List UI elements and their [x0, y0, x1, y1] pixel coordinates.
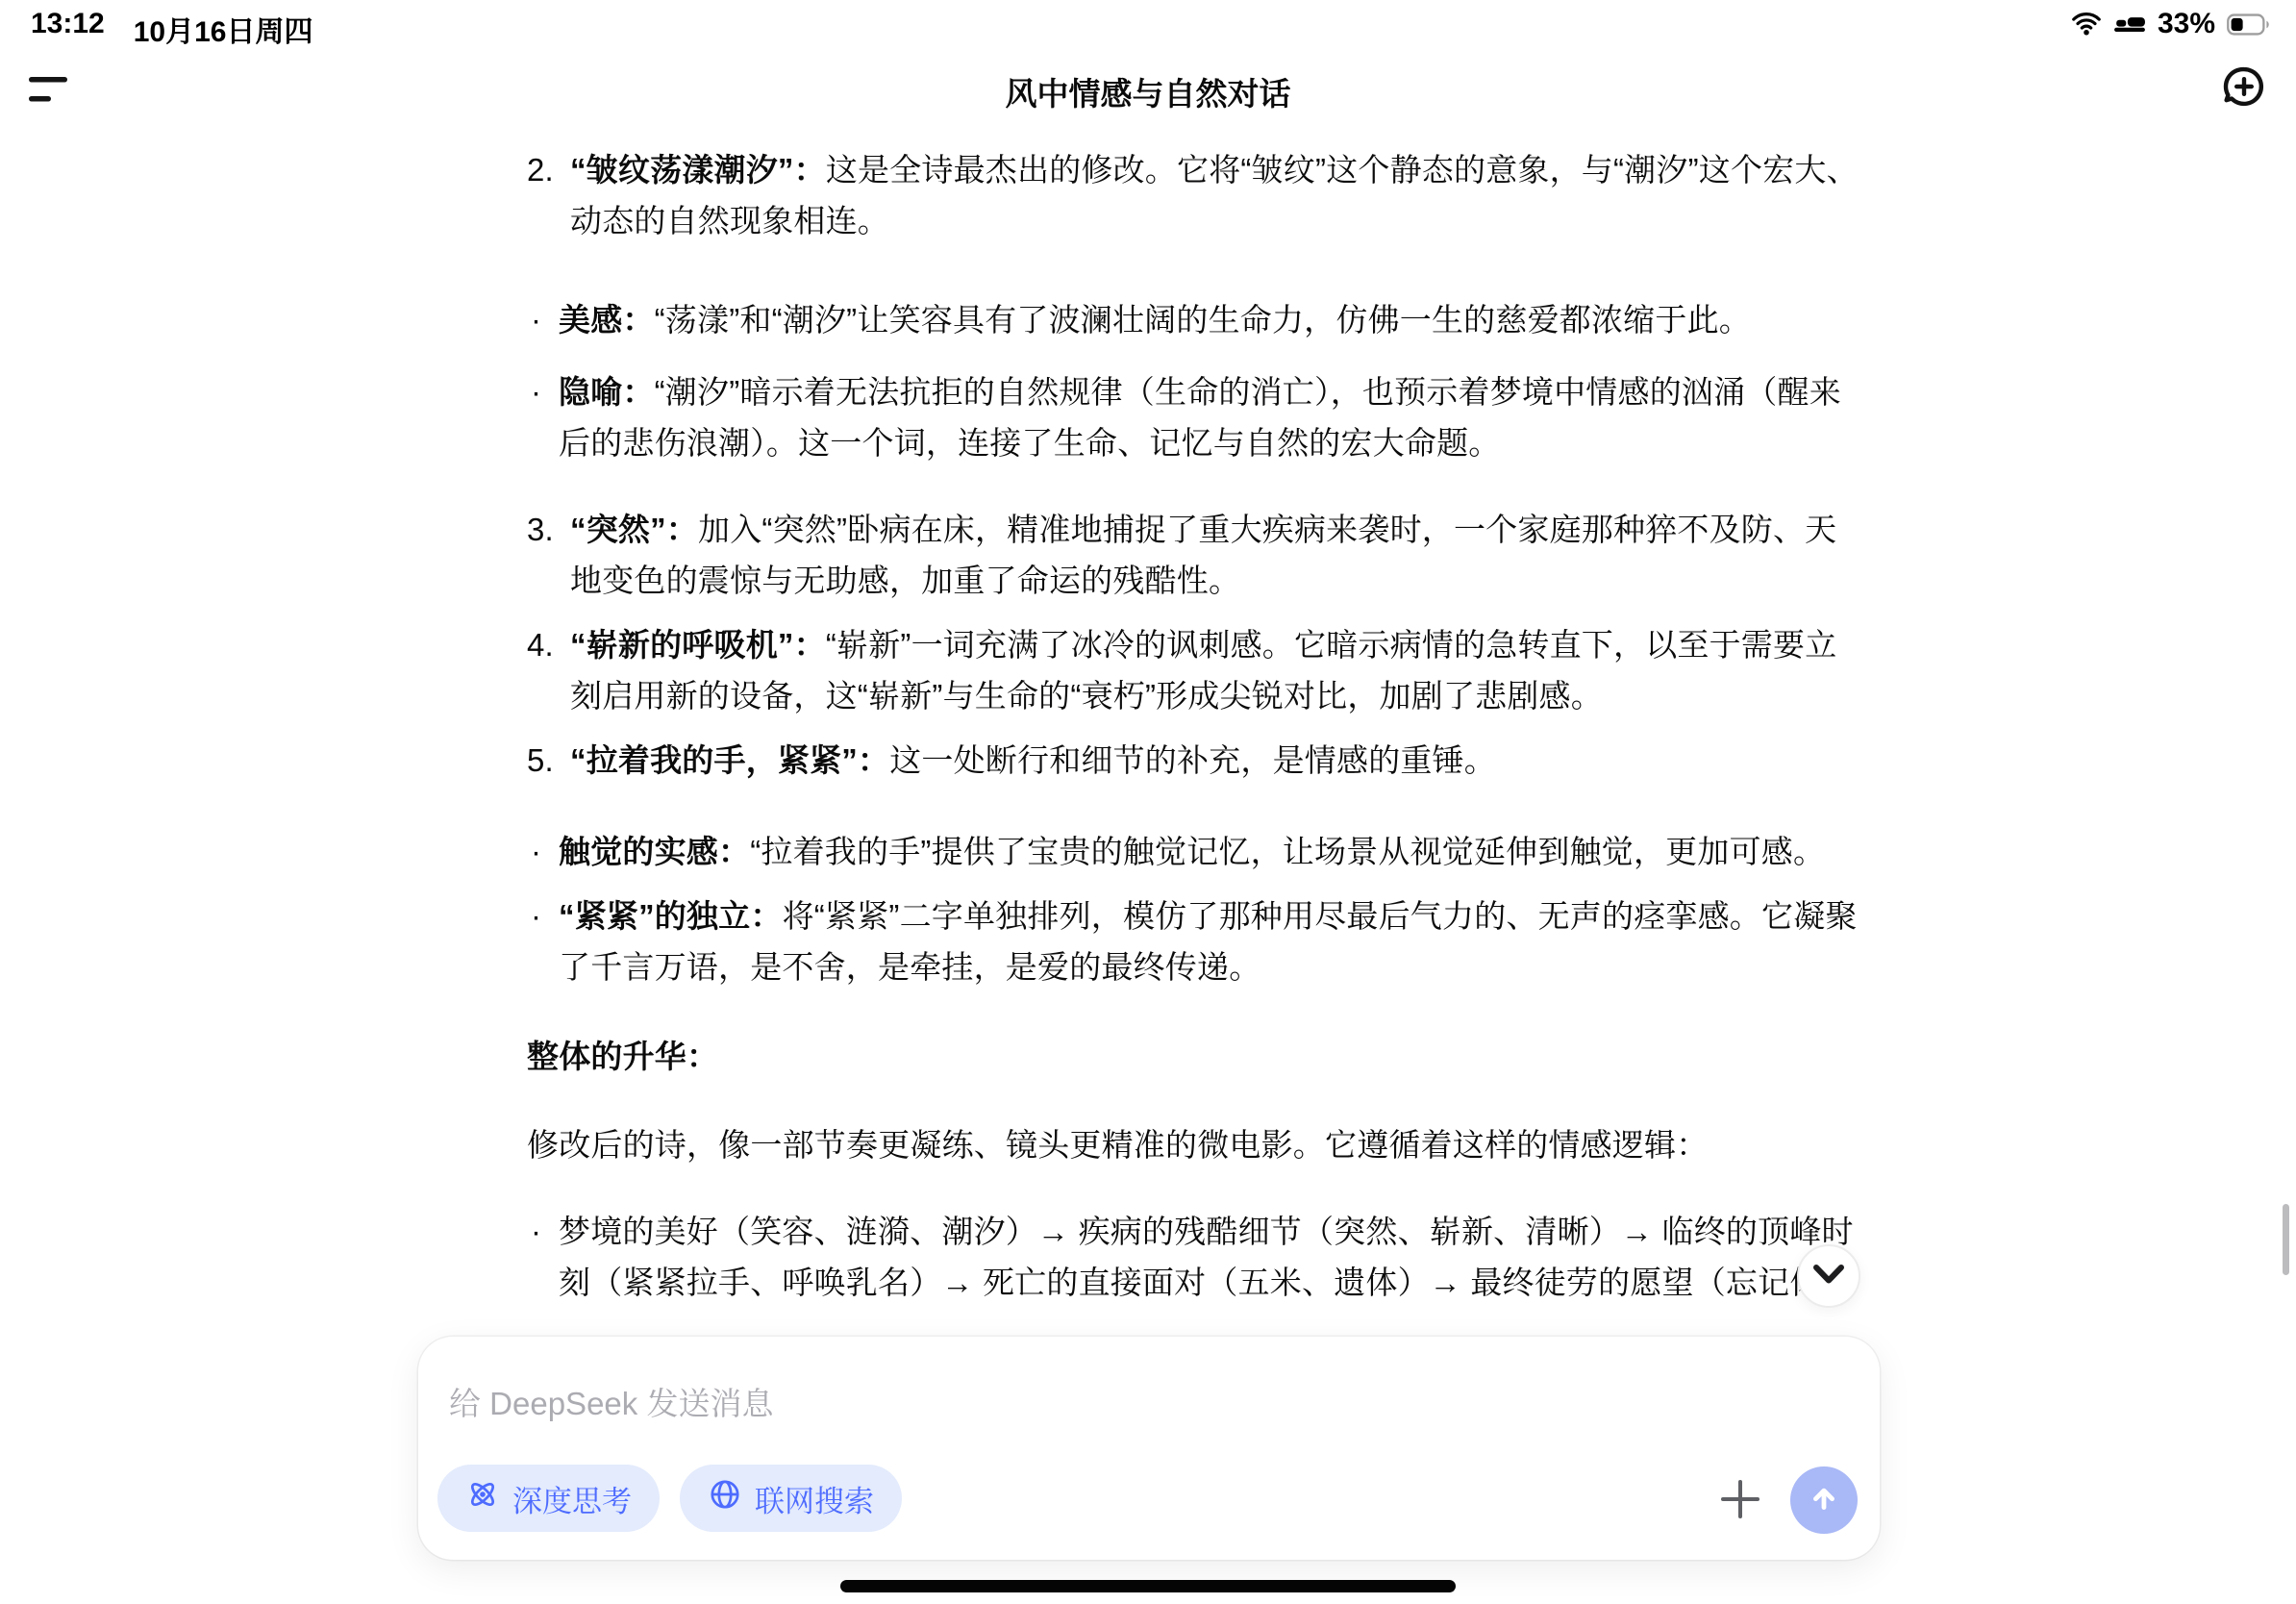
- scrollbar-thumb[interactable]: [2283, 1204, 2289, 1275]
- bullet-marker: ·: [531, 294, 541, 345]
- list-number: 4.: [527, 619, 554, 670]
- plus-icon: [1721, 1506, 1759, 1522]
- message-input-placeholder[interactable]: 给 DeepSeek 发送消息: [449, 1379, 773, 1424]
- item-lead-bold: “紧紧”的独立：: [559, 898, 783, 934]
- message-bullet-item: ·“紧紧”的独立：将“紧紧”二字单独排列，模仿了那种用尽最后气力的、无声的痉挛感…: [527, 890, 1865, 992]
- status-date: 10月16日周四: [134, 8, 313, 50]
- arrow-up-icon: [1801, 1475, 1847, 1526]
- message-bullet-item: ·美感：“荡漾”和“潮汐”让笑容具有了波澜壮阔的生命力，仿佛一生的慈爱都浓缩于此…: [527, 294, 1865, 345]
- message-numbered-item: 4.“崭新的呼吸机”：“崭新”一词充满了冰冷的讽刺感。它暗示病情的急转直下，以至…: [527, 619, 1865, 721]
- item-lead-bold: “皱纹荡漾潮汐”：: [570, 152, 826, 188]
- bullet-marker: ·: [531, 366, 541, 417]
- item-lead-bold: “拉着我的手，紧紧”：: [570, 742, 889, 778]
- deepseek-chat-screen: 13:12 10月16日周四 33%: [0, 0, 2296, 1604]
- web-search-label: 联网搜索: [755, 1477, 874, 1520]
- wifi-icon: [2071, 13, 2102, 36]
- scroll-to-bottom-button[interactable]: [1797, 1244, 1860, 1308]
- status-bar-left: 13:12 10月16日周四: [31, 8, 312, 50]
- list-number: 2.: [527, 144, 554, 195]
- message-bullet-item: ·隐喻：“潮汐”暗示着无法抗拒的自然规律（生命的消亡），也预示着梦境中情感的汹涌…: [527, 366, 1865, 468]
- item-lead-bold: 整体的升华：: [527, 1039, 718, 1074]
- bullet-marker: ·: [531, 826, 541, 877]
- message-bullet-item: ·梦境的美好（笑容、涟漪、潮汐）→ 疾病的残酷细节（突然、崭新、清晰）→ 临终的…: [527, 1206, 1865, 1308]
- deep-think-label: 深度思考: [512, 1477, 632, 1520]
- message-numbered-item: 3.“突然”：加入“突然”卧病在床，精准地捕捉了重大疾病来袭时，一个家庭那种猝不…: [527, 504, 1865, 606]
- battery-percent: 33%: [2158, 8, 2215, 40]
- new-chat-button[interactable]: [2221, 63, 2267, 110]
- item-lead-bold: “崭新的呼吸机”：: [570, 627, 826, 663]
- list-number: 5.: [527, 735, 554, 786]
- message-heading-item: 整体的升华：: [527, 1031, 1865, 1082]
- send-button[interactable]: [1790, 1466, 1858, 1534]
- page-title: 风中情感与自然对话: [0, 69, 2296, 114]
- web-search-toggle[interactable]: 联网搜索: [680, 1465, 902, 1532]
- list-number: 3.: [527, 504, 554, 555]
- deep-think-toggle[interactable]: 深度思考: [437, 1465, 660, 1532]
- bullet-marker: ·: [531, 890, 541, 941]
- message-paragraph-item: 修改后的诗，像一部节奏更凝练、镜头更精准的微电影。它遵循着这样的情感逻辑：: [527, 1119, 1865, 1170]
- chevron-down-icon: [1812, 1264, 1845, 1290]
- item-text: 修改后的诗，像一部节奏更凝练、镜头更精准的微电影。它遵循着这样的情感逻辑：: [527, 1127, 1708, 1163]
- message-numbered-item: 2.“皱纹荡漾潮汐”：这是全诗最杰出的修改。它将“皱纹”这个静态的意象，与“潮汐…: [527, 144, 1865, 246]
- item-text: “拉着我的手”提供了宝贵的触觉记忆，让场景从视觉延伸到触觉，更加可感。: [750, 834, 1825, 869]
- bullet-marker: ·: [531, 1206, 541, 1257]
- attach-button[interactable]: [1721, 1480, 1759, 1518]
- message-numbered-item: 5.“拉着我的手，紧紧”：这一处断行和细节的补充，是情感的重锤。: [527, 735, 1865, 786]
- item-text: “潮汐”暗示着无法抗拒的自然规律（生命的消亡），也预示着梦境中情感的汹涌（醒来后…: [559, 374, 1841, 461]
- item-text: 加入“突然”卧病在床，精准地捕捉了重大疾病来袭时，一个家庭那种猝不及防、天地变色…: [570, 512, 1836, 598]
- item-text: 梦境的美好（笑容、涟漪、潮汐）→ 疾病的残酷细节（突然、崭新、清晰）→ 临终的顶…: [559, 1214, 1854, 1300]
- item-text: “荡漾”和“潮汐”让笑容具有了波澜壮阔的生命力，仿佛一生的慈爱都浓缩于此。: [655, 302, 1751, 338]
- item-lead-bold: 隐喻：: [559, 374, 655, 410]
- message-bullet-item: ·触觉的实感：“拉着我的手”提供了宝贵的触觉记忆，让场景从视觉延伸到触觉，更加可…: [527, 826, 1865, 877]
- item-text: 这一处断行和细节的补充，是情感的重锤。: [889, 742, 1496, 778]
- status-bar-right: 33%: [2071, 8, 2271, 40]
- composer-toggles: 深度思考 联网搜索: [437, 1465, 902, 1532]
- speech-bubble-plus-icon: [2221, 97, 2267, 113]
- assistant-message-body: 2.“皱纹荡漾潮汐”：这是全诗最杰出的修改。它将“皱纹”这个静态的意象，与“潮汐…: [527, 144, 1865, 1308]
- battery-icon: [2227, 13, 2271, 36]
- home-indicator[interactable]: [840, 1580, 1456, 1592]
- globe-icon: [708, 1477, 742, 1519]
- item-lead-bold: 触觉的实感：: [559, 834, 750, 869]
- atom-icon: [465, 1477, 500, 1519]
- clock: 13:12: [31, 8, 105, 50]
- item-lead-bold: “突然”：: [570, 512, 698, 547]
- item-lead-bold: 美感：: [559, 302, 655, 338]
- message-composer[interactable]: 给 DeepSeek 发送消息 深度思考: [418, 1337, 1880, 1560]
- sleep-focus-bed-icon: [2113, 13, 2146, 36]
